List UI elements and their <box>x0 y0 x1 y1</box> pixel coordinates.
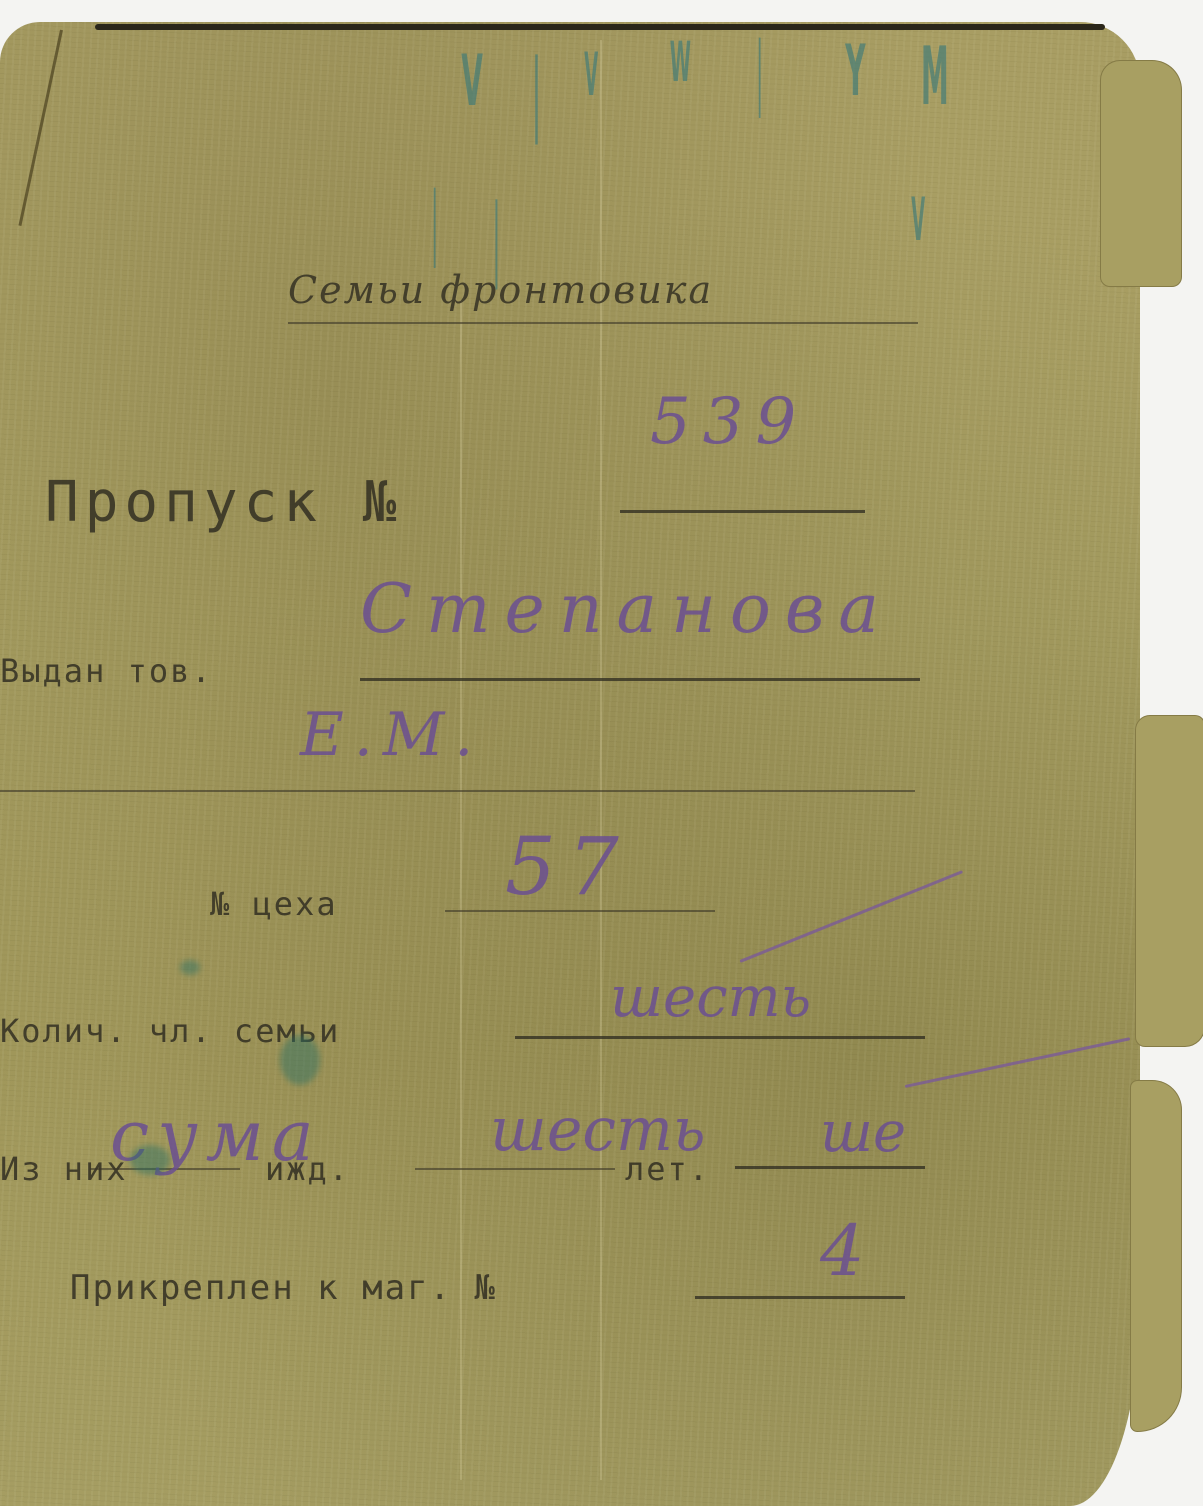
torn-edge-flap-bottom <box>1130 1080 1182 1432</box>
pass-title: Пропуск № <box>45 470 402 535</box>
workshop-value: 57 <box>505 820 631 913</box>
issued-to-line <box>360 678 920 681</box>
dependents-line-2 <box>415 1168 615 1170</box>
store-line <box>695 1296 905 1299</box>
initials-line <box>0 790 915 792</box>
family-count-line <box>515 1036 925 1039</box>
dependents-line-3 <box>735 1166 925 1169</box>
family-count-value: шесть <box>610 965 811 1030</box>
header-underline <box>288 322 918 324</box>
torn-edge-flap-middle <box>1135 715 1203 1047</box>
workshop-label: № цеха <box>210 885 338 923</box>
document-header-italic: Семьи фронтовика <box>288 268 713 312</box>
pass-number-line <box>620 510 865 513</box>
ink-blot <box>180 960 200 975</box>
torn-edge-flap-top <box>1100 60 1182 287</box>
store-label: Прикреплен к маг. № <box>70 1268 497 1308</box>
pass-number-handwritten: 539 <box>650 385 808 459</box>
top-edge-shadow <box>95 24 1105 30</box>
fold-crease <box>600 40 602 1480</box>
ink-blot <box>130 1145 170 1175</box>
issued-to-value: Степанова <box>360 570 893 649</box>
initials-value: Е.М. <box>300 700 483 770</box>
issued-to-label: Выдан тов. <box>0 652 213 690</box>
dependents-value-2: шесть <box>490 1095 706 1165</box>
dependents-value-3: ше <box>820 1100 906 1165</box>
ink-blot <box>280 1035 320 1085</box>
store-value: 4 <box>820 1210 865 1292</box>
